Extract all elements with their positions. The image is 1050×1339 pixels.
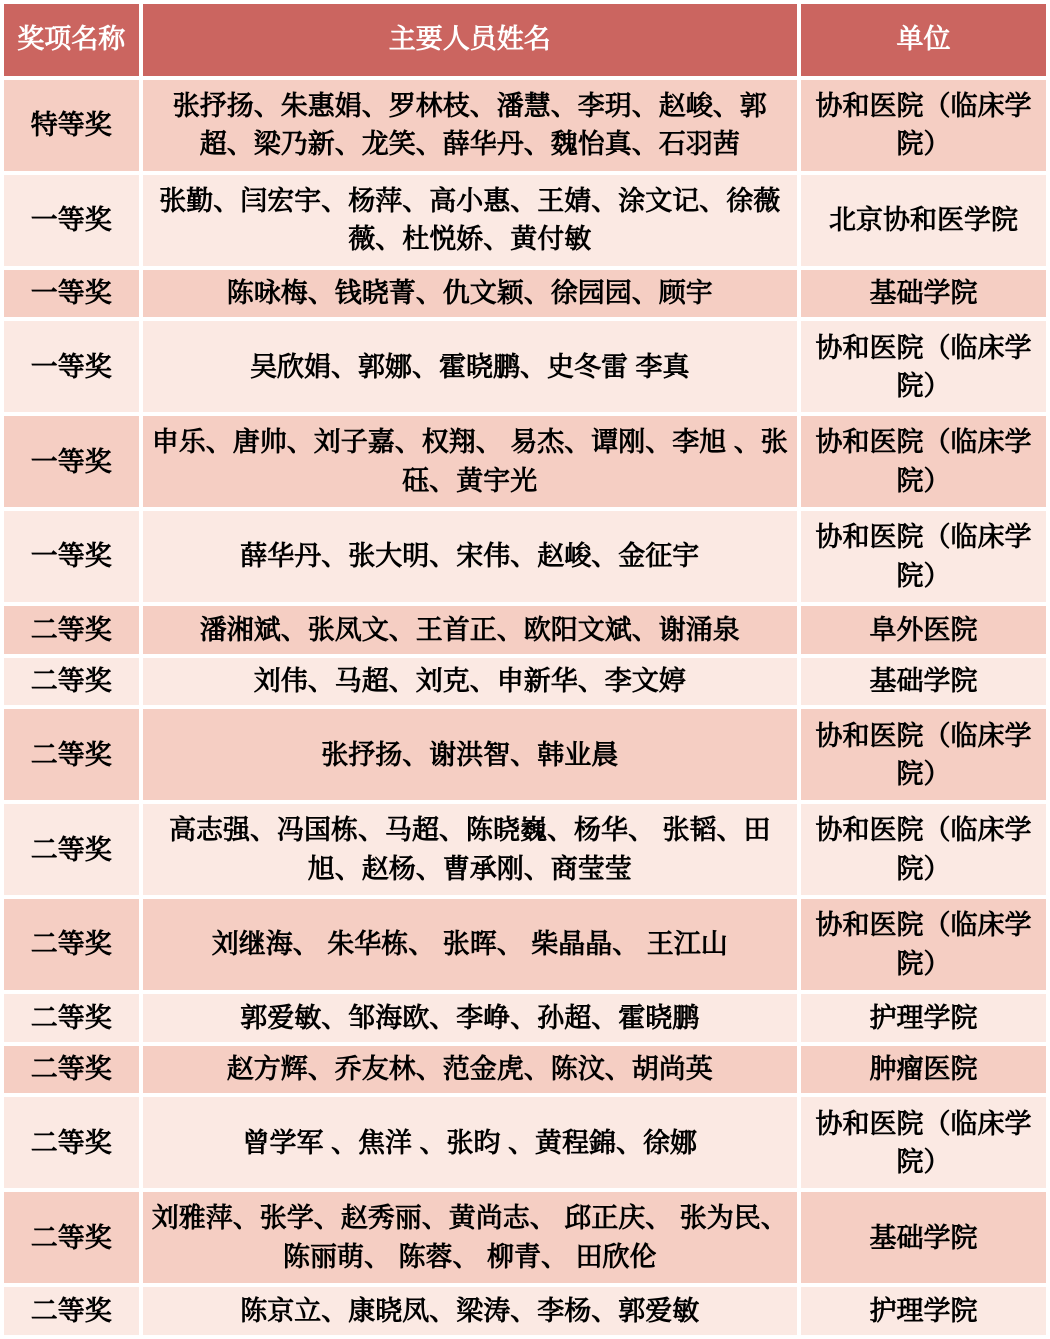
names-cell: 吴欣娟、郭娜、霍晓鹏、史冬雷 李真 bbox=[143, 321, 798, 412]
awards-table: 奖项名称 主要人员姓名 单位 特等奖 张抒扬、朱惠娟、罗林枝、潘慧、李玥、赵峻、… bbox=[0, 0, 1050, 1339]
table-body: 特等奖 张抒扬、朱惠娟、罗林枝、潘慧、李玥、赵峻、郭超、梁乃新、龙笑、薛华丹、魏… bbox=[4, 80, 1046, 1335]
table-row: 一等奖 吴欣娟、郭娜、霍晓鹏、史冬雷 李真 协和医院（临床学院） bbox=[4, 321, 1046, 412]
table-row: 一等奖 陈咏梅、钱晓菁、仇文颖、徐园园、顾宇 基础学院 bbox=[4, 270, 1046, 318]
award-cell: 特等奖 bbox=[4, 80, 139, 171]
names-cell: 刘雅萍、张学、赵秀丽、黄尚志、 邱正庆、 张为民、 陈丽萌、 陈蓉、 柳青、 田… bbox=[143, 1192, 798, 1283]
table-row: 一等奖 申乐、唐帅、刘子嘉、权翔、 易杰、谭刚、李旭 、张砡、黄宇光 协和医院（… bbox=[4, 416, 1046, 507]
table-row: 二等奖 郭爱敏、邹海欧、李峥、孙超、霍晓鹏 护理学院 bbox=[4, 994, 1046, 1042]
unit-cell: 北京协和医学院 bbox=[801, 175, 1046, 266]
table-row: 二等奖 刘伟、马超、刘克、申新华、李文婷 基础学院 bbox=[4, 658, 1046, 706]
column-header-unit: 单位 bbox=[801, 4, 1046, 76]
names-cell: 潘湘斌、张凤文、王首正、欧阳文斌、谢涌泉 bbox=[143, 606, 798, 654]
award-cell: 二等奖 bbox=[4, 994, 139, 1042]
table-row: 二等奖 陈京立、康晓凤、梁涛、李杨、郭爱敏 护理学院 bbox=[4, 1287, 1046, 1335]
names-cell: 申乐、唐帅、刘子嘉、权翔、 易杰、谭刚、李旭 、张砡、黄宇光 bbox=[143, 416, 798, 507]
table-row: 二等奖 刘继海、 朱华栋、 张晖、 柴晶晶、 王江山 协和医院（临床学院） bbox=[4, 899, 1046, 990]
names-cell: 曾学军 、焦洋 、张昀 、黄程錦、徐娜 bbox=[143, 1097, 798, 1188]
award-cell: 二等奖 bbox=[4, 658, 139, 706]
names-cell: 张抒扬、朱惠娟、罗林枝、潘慧、李玥、赵峻、郭超、梁乃新、龙笑、薛华丹、魏怡真、石… bbox=[143, 80, 798, 171]
award-cell: 二等奖 bbox=[4, 1287, 139, 1335]
award-cell: 二等奖 bbox=[4, 804, 139, 895]
names-cell: 陈京立、康晓凤、梁涛、李杨、郭爱敏 bbox=[143, 1287, 798, 1335]
unit-cell: 基础学院 bbox=[801, 1192, 1046, 1283]
names-cell: 郭爱敏、邹海欧、李峥、孙超、霍晓鹏 bbox=[143, 994, 798, 1042]
table-row: 二等奖 曾学军 、焦洋 、张昀 、黄程錦、徐娜 协和医院（临床学院） bbox=[4, 1097, 1046, 1188]
award-cell: 二等奖 bbox=[4, 709, 139, 800]
names-cell: 刘伟、马超、刘克、申新华、李文婷 bbox=[143, 658, 798, 706]
unit-cell: 肿瘤医院 bbox=[801, 1046, 1046, 1094]
table-row: 二等奖 高志强、冯国栋、马超、陈晓巍、杨华、 张韬、田旭、赵杨、曹承刚、商莹莹 … bbox=[4, 804, 1046, 895]
award-cell: 二等奖 bbox=[4, 1097, 139, 1188]
table-row: 二等奖 潘湘斌、张凤文、王首正、欧阳文斌、谢涌泉 阜外医院 bbox=[4, 606, 1046, 654]
table-row: 二等奖 赵方辉、乔友林、范金虎、陈汶、胡尚英 肿瘤医院 bbox=[4, 1046, 1046, 1094]
table-header: 奖项名称 主要人员姓名 单位 bbox=[4, 4, 1046, 76]
names-cell: 薛华丹、张大明、宋伟、赵峻、金征宇 bbox=[143, 511, 798, 602]
award-cell: 二等奖 bbox=[4, 606, 139, 654]
unit-cell: 护理学院 bbox=[801, 1287, 1046, 1335]
unit-cell: 协和医院（临床学院） bbox=[801, 416, 1046, 507]
table-row: 二等奖 张抒扬、谢洪智、韩业晨 协和医院（临床学院） bbox=[4, 709, 1046, 800]
unit-cell: 协和医院（临床学院） bbox=[801, 899, 1046, 990]
names-cell: 刘继海、 朱华栋、 张晖、 柴晶晶、 王江山 bbox=[143, 899, 798, 990]
award-cell: 一等奖 bbox=[4, 270, 139, 318]
award-cell: 二等奖 bbox=[4, 899, 139, 990]
names-cell: 陈咏梅、钱晓菁、仇文颖、徐园园、顾宇 bbox=[143, 270, 798, 318]
table-row: 特等奖 张抒扬、朱惠娟、罗林枝、潘慧、李玥、赵峻、郭超、梁乃新、龙笑、薛华丹、魏… bbox=[4, 80, 1046, 171]
unit-cell: 协和医院（临床学院） bbox=[801, 321, 1046, 412]
names-cell: 张勤、闫宏宇、杨萍、高小惠、王婧、涂文记、徐薇薇、杜悦娇、黄付敏 bbox=[143, 175, 798, 266]
unit-cell: 协和医院（临床学院） bbox=[801, 80, 1046, 171]
award-cell: 一等奖 bbox=[4, 416, 139, 507]
unit-cell: 阜外医院 bbox=[801, 606, 1046, 654]
column-header-names: 主要人员姓名 bbox=[143, 4, 798, 76]
header-row: 奖项名称 主要人员姓名 单位 bbox=[4, 4, 1046, 76]
award-cell: 二等奖 bbox=[4, 1046, 139, 1094]
unit-cell: 护理学院 bbox=[801, 994, 1046, 1042]
unit-cell: 协和医院（临床学院） bbox=[801, 511, 1046, 602]
table-row: 二等奖 刘雅萍、张学、赵秀丽、黄尚志、 邱正庆、 张为民、 陈丽萌、 陈蓉、 柳… bbox=[4, 1192, 1046, 1283]
column-header-award: 奖项名称 bbox=[4, 4, 139, 76]
award-cell: 二等奖 bbox=[4, 1192, 139, 1283]
award-cell: 一等奖 bbox=[4, 511, 139, 602]
unit-cell: 协和医院（临床学院） bbox=[801, 709, 1046, 800]
table-row: 一等奖 薛华丹、张大明、宋伟、赵峻、金征宇 协和医院（临床学院） bbox=[4, 511, 1046, 602]
unit-cell: 基础学院 bbox=[801, 270, 1046, 318]
award-cell: 一等奖 bbox=[4, 175, 139, 266]
unit-cell: 协和医院（临床学院） bbox=[801, 804, 1046, 895]
names-cell: 张抒扬、谢洪智、韩业晨 bbox=[143, 709, 798, 800]
names-cell: 赵方辉、乔友林、范金虎、陈汶、胡尚英 bbox=[143, 1046, 798, 1094]
names-cell: 高志强、冯国栋、马超、陈晓巍、杨华、 张韬、田旭、赵杨、曹承刚、商莹莹 bbox=[143, 804, 798, 895]
award-cell: 一等奖 bbox=[4, 321, 139, 412]
table-row: 一等奖 张勤、闫宏宇、杨萍、高小惠、王婧、涂文记、徐薇薇、杜悦娇、黄付敏 北京协… bbox=[4, 175, 1046, 266]
unit-cell: 基础学院 bbox=[801, 658, 1046, 706]
unit-cell: 协和医院（临床学院） bbox=[801, 1097, 1046, 1188]
